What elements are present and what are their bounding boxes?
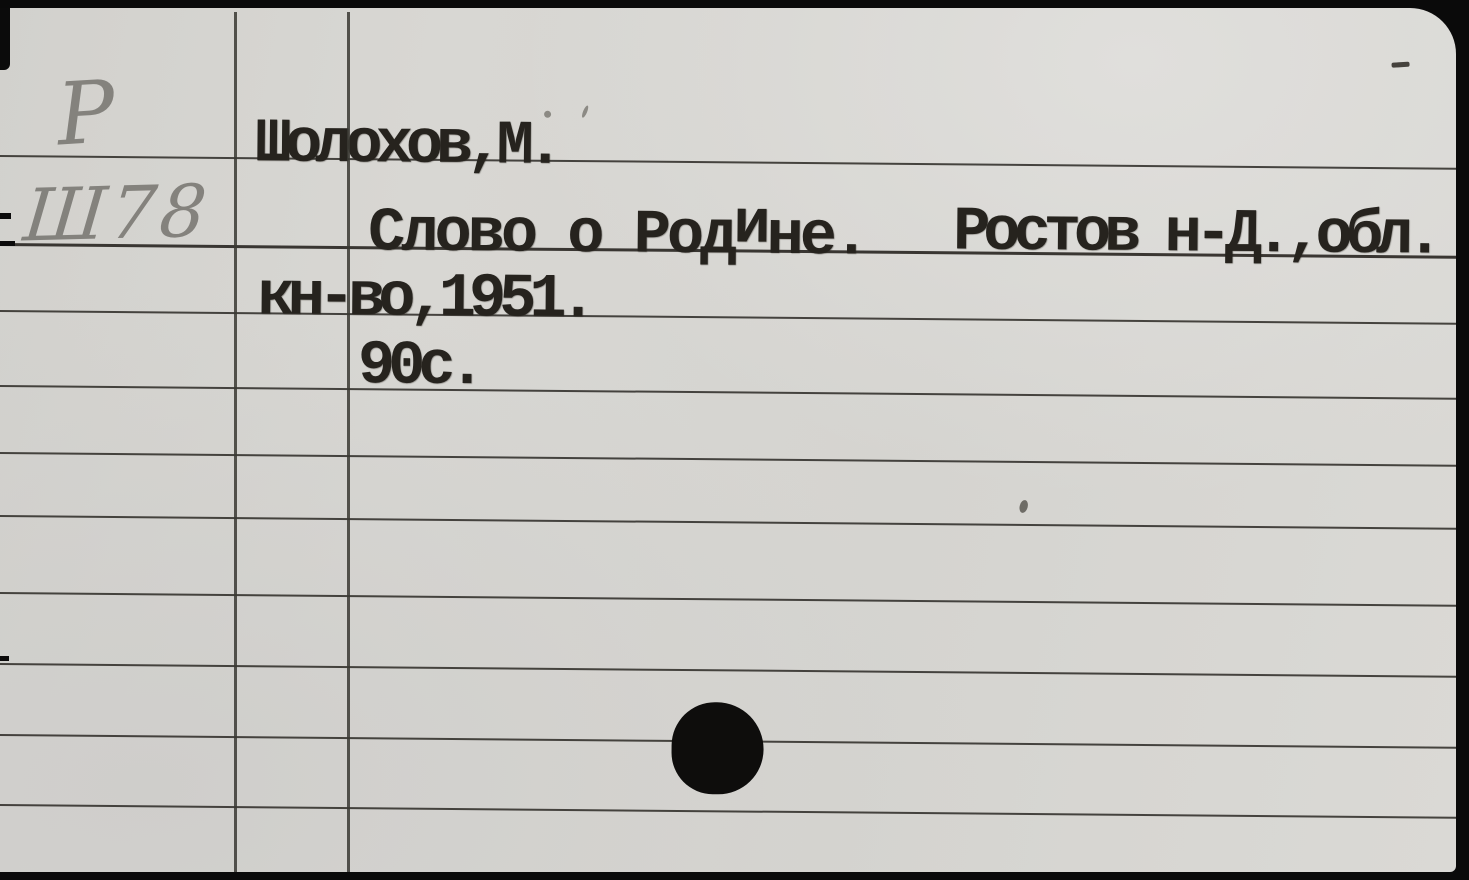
stray-dash-mark	[1391, 62, 1409, 68]
scanned-catalog-card: Р Ш78 Шолохов,М. Слово о Родине. Ростов …	[0, 0, 1469, 880]
column-rule-1	[234, 12, 237, 872]
ink-speck	[581, 105, 590, 119]
hole-punch-dot	[671, 702, 764, 795]
card-content-layer: Р Ш78 Шолохов,М. Слово о Родине. Ростов …	[0, 8, 1456, 872]
pencil-call-number: Ш78	[21, 174, 214, 251]
ruled-line-4	[0, 385, 1456, 400]
title-text-prefix: Слово о Род	[368, 197, 734, 271]
pencil-letter-mark: Р	[55, 69, 118, 158]
title-text-suffix: не.	[766, 201, 866, 273]
catalog-card: Р Ш78 Шолохов,М. Слово о Родине. Ростов …	[0, 8, 1456, 872]
column-rule-2	[347, 12, 350, 872]
ruled-line-7	[0, 592, 1456, 607]
ink-speck	[1018, 499, 1029, 514]
scan-edge-artifact	[0, 241, 15, 246]
ruled-line-1	[0, 155, 1456, 170]
place-line: Ростов н-Д.,обл.	[953, 201, 1437, 267]
ruled-line-10	[0, 804, 1456, 819]
ruled-line-8	[0, 663, 1456, 678]
ink-speck	[544, 111, 551, 118]
pages-line: 90с.	[358, 335, 479, 398]
ruled-line-3	[0, 310, 1456, 325]
scan-edge-artifact	[0, 213, 11, 219]
publisher-year-line: кн-во,1951.	[257, 266, 590, 331]
title-line: Слово о Родине.	[368, 202, 867, 268]
scan-edge-artifact	[0, 656, 9, 661]
ruled-line-5	[0, 452, 1456, 467]
title-superscript-i: и	[733, 189, 767, 260]
scan-edge-artifact	[0, 8, 10, 70]
ruled-line-6	[0, 515, 1456, 530]
author-line: Шолохов,М.	[255, 113, 558, 178]
